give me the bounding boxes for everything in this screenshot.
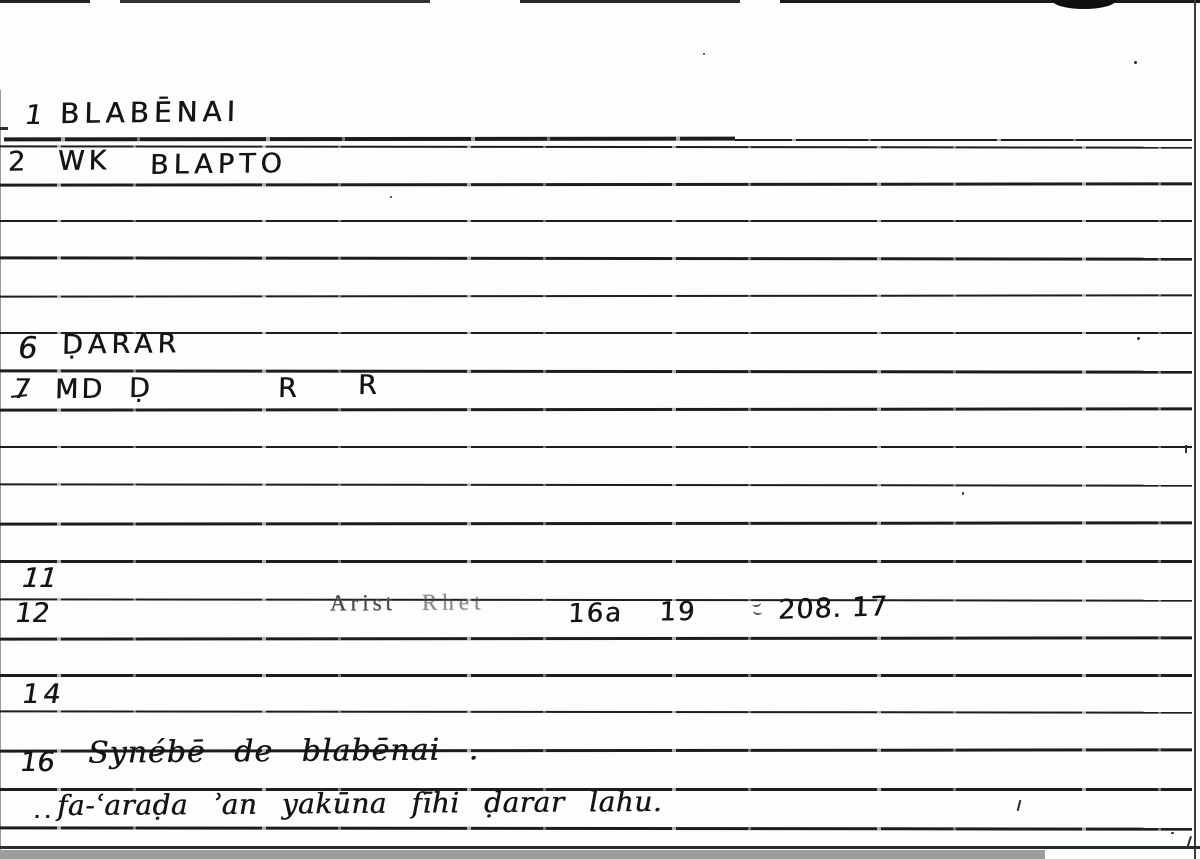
stamp-author: Arist bbox=[330, 590, 396, 615]
headword-greek: BLABĒNAI bbox=[60, 95, 241, 130]
index-card-scan: 1 BLABĒNAI 2 WK BLAPTO 6 ḌARAR 7 MD Ḍ R … bbox=[0, 0, 1200, 859]
row-number-11: 11 bbox=[18, 563, 61, 594]
ruled-line bbox=[0, 294, 1192, 297]
row-number-2: 2 WK bbox=[8, 145, 111, 177]
leader-dots: .. bbox=[33, 796, 54, 824]
scan-ink-blob bbox=[1052, 0, 1116, 9]
ruled-line bbox=[0, 560, 1192, 563]
ink-speck bbox=[390, 196, 392, 198]
citation-stamp: AristRhet bbox=[330, 589, 486, 616]
row-number-12: 12 bbox=[13, 598, 52, 629]
ink-speck bbox=[703, 53, 705, 55]
ruled-line bbox=[0, 182, 1192, 186]
ruled-line bbox=[0, 446, 1192, 448]
arabic-transliteration: fa-ʿaraḍa ʾan yakūna fīhi ḍarar lahu. bbox=[57, 785, 662, 822]
ruled-line bbox=[0, 521, 1192, 525]
ruled-line bbox=[0, 145, 1192, 148]
card-bottom-edge bbox=[0, 846, 1200, 849]
letter-r2: R bbox=[358, 370, 382, 401]
row-number-7: 7 bbox=[11, 374, 33, 405]
letter-d: Ḍ bbox=[129, 373, 155, 404]
ink-speck bbox=[962, 492, 964, 495]
row-number-14: 14 bbox=[20, 679, 67, 710]
ink-scribble bbox=[752, 600, 768, 618]
greek-phrase: Synébē de blabēnai . bbox=[88, 732, 479, 770]
ruled-line bbox=[0, 369, 1192, 373]
card-top-edge bbox=[0, 0, 1200, 3]
row-number-1: 1 bbox=[23, 100, 45, 131]
headword-arabic: ḌARAR bbox=[62, 328, 182, 360]
ruled-line bbox=[0, 826, 1192, 830]
card-right-edge bbox=[1194, 0, 1196, 859]
card-bottom-shadow bbox=[0, 850, 1045, 859]
card-left-edge bbox=[0, 90, 1, 859]
ruled-line bbox=[0, 220, 1192, 222]
margin-tick bbox=[0, 127, 8, 130]
ruled-line bbox=[0, 407, 1192, 411]
ruled-line bbox=[0, 674, 1192, 677]
ruled-line bbox=[735, 139, 1192, 141]
ruled-line bbox=[0, 710, 1192, 713]
ink-speck bbox=[1171, 832, 1174, 834]
ruled-line bbox=[0, 483, 1192, 486]
greek-variant: BLAPTO bbox=[150, 148, 287, 181]
ink-tick bbox=[1185, 445, 1187, 453]
ink-speck bbox=[1137, 337, 1140, 340]
ruled-line bbox=[0, 256, 1192, 260]
stray-slash bbox=[1017, 800, 1022, 811]
ruled-line bbox=[4, 137, 735, 142]
citation-locus: 16a 19 bbox=[567, 597, 697, 629]
abbrev-md: MD bbox=[55, 374, 106, 406]
stamp-work: Rhet bbox=[422, 589, 486, 614]
row-number-16: 16 bbox=[18, 747, 57, 778]
letter-r1: R bbox=[278, 373, 302, 404]
ink-speck bbox=[1134, 61, 1137, 64]
row-number-6: 6 bbox=[15, 331, 40, 366]
citation-page-ref: 208. 17 bbox=[777, 591, 888, 626]
ruled-line bbox=[0, 636, 1192, 640]
